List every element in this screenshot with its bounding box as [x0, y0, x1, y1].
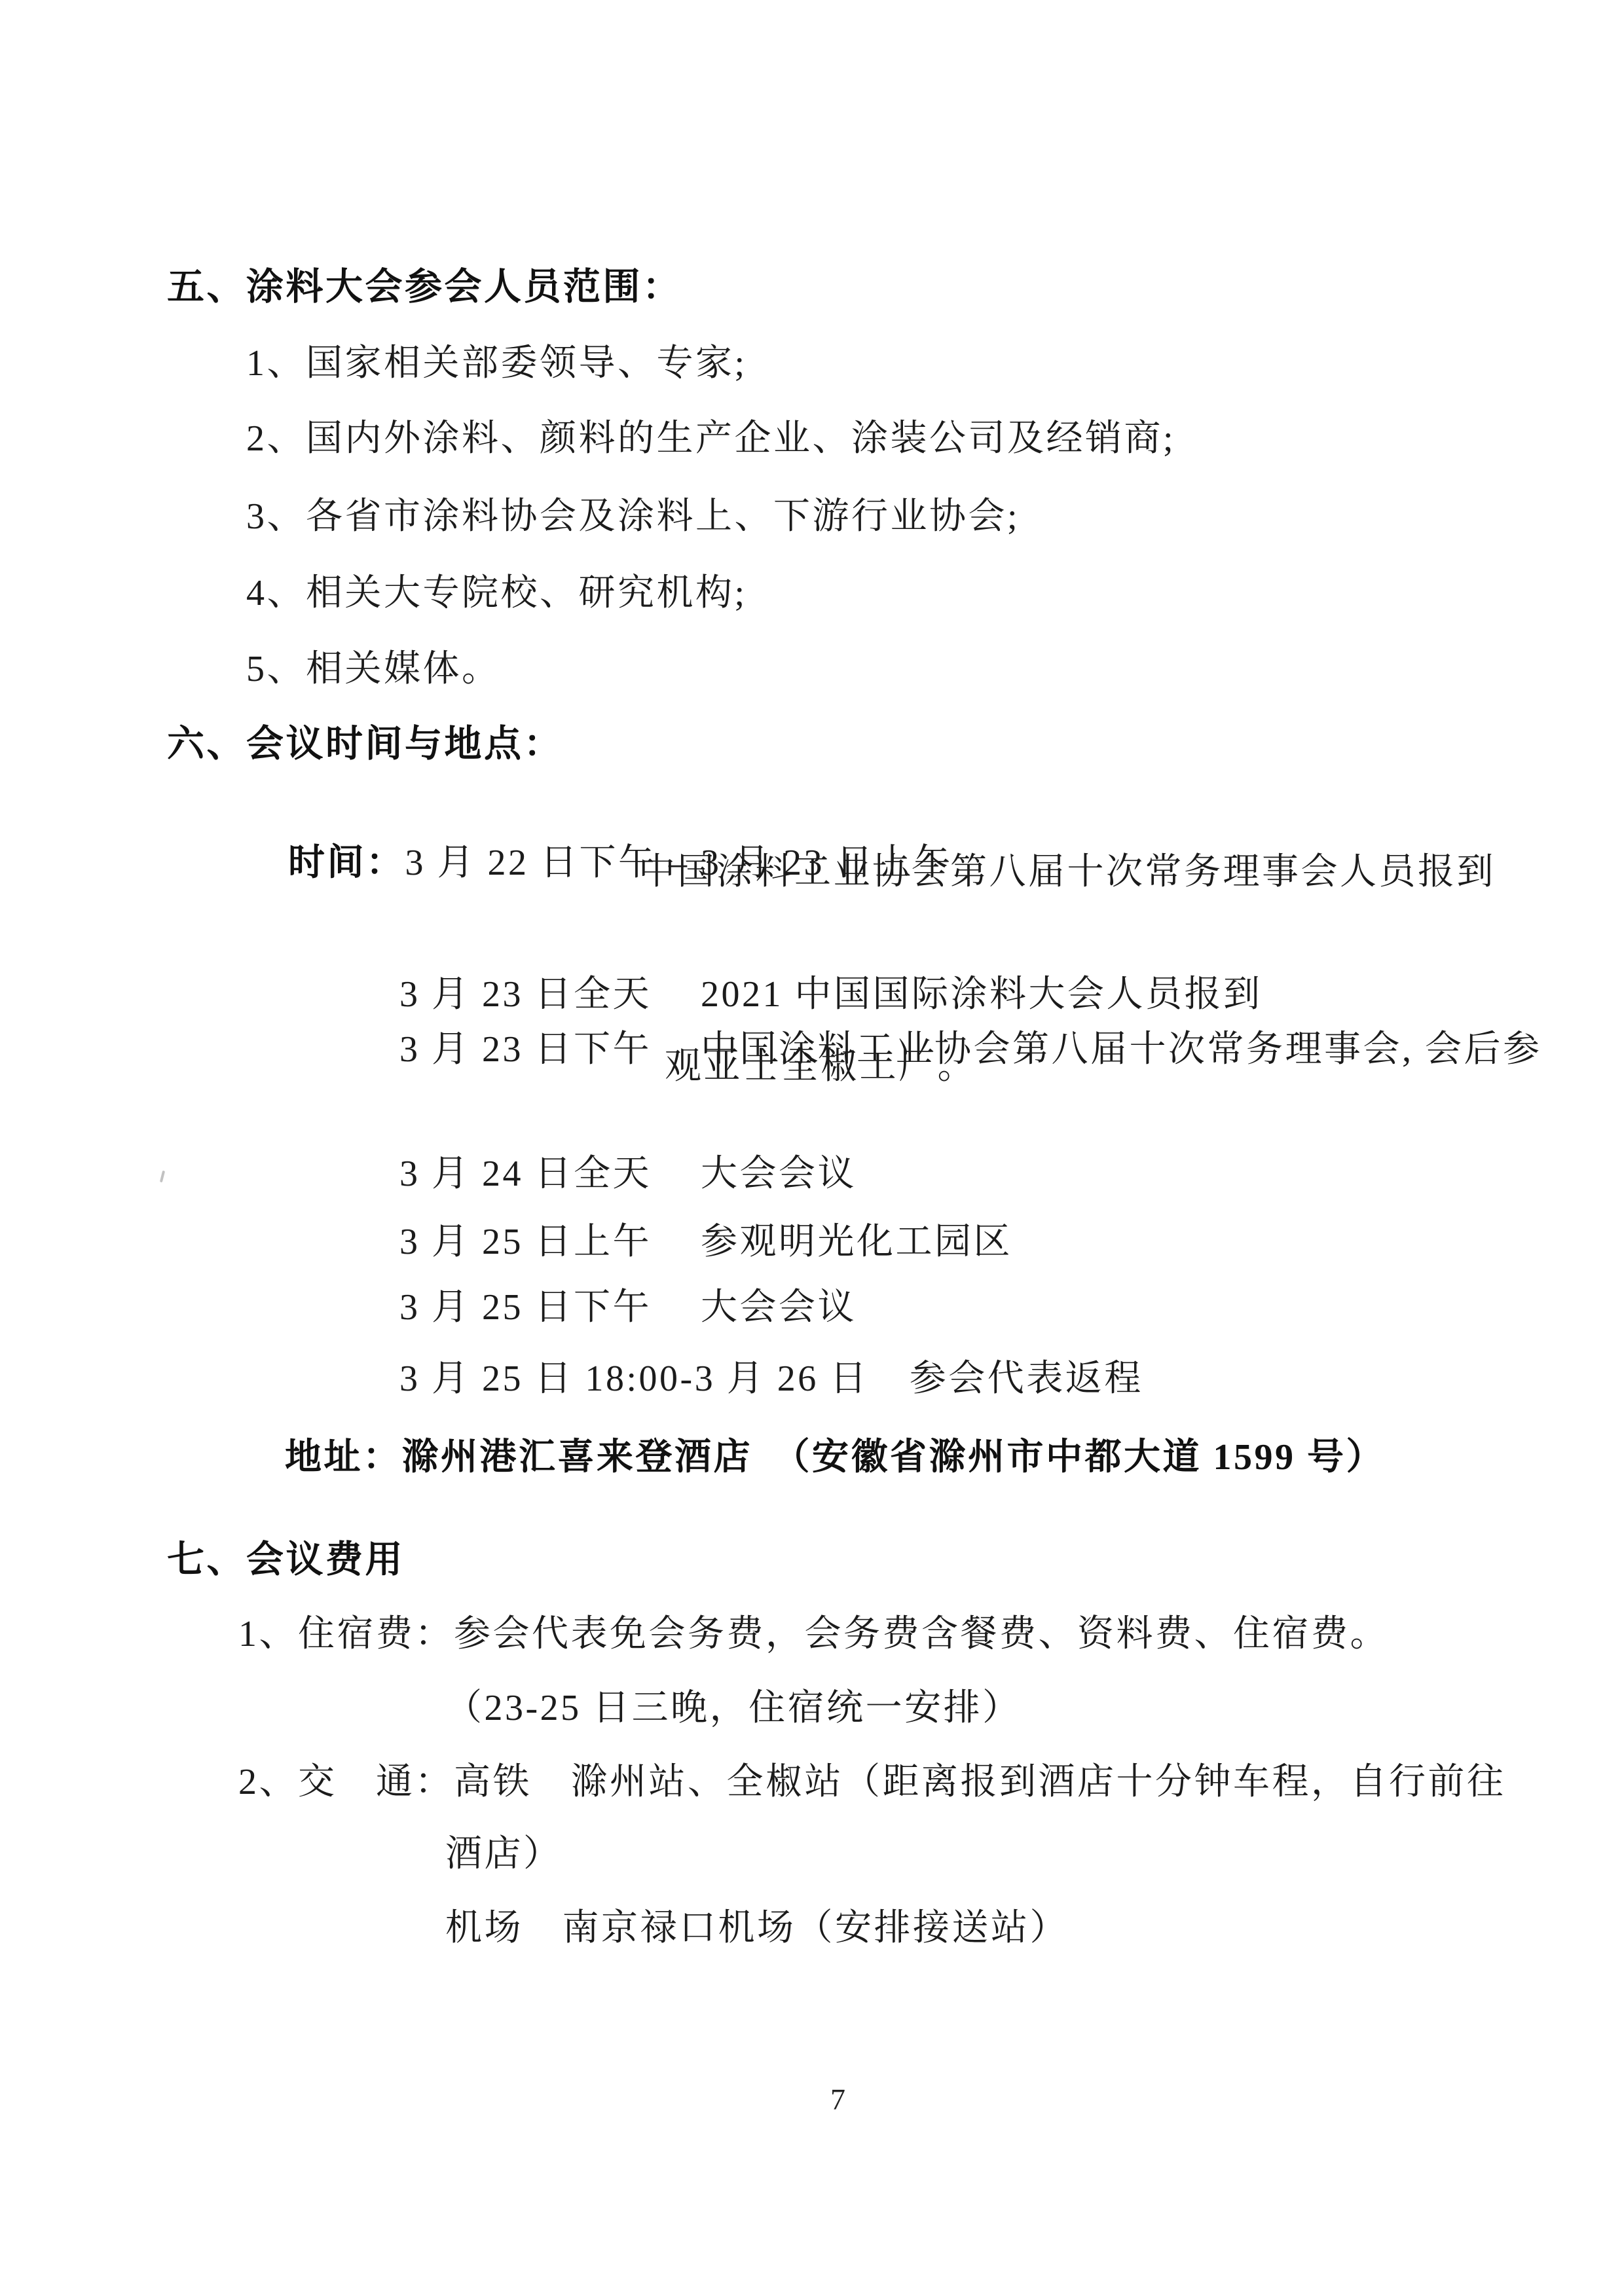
address-value: 滁州港汇喜来登酒店 （安徽省滁州市中都大道 1599 号）: [402, 1437, 1386, 1478]
section5-item-4: 4、相关大专院校、研究机构;: [246, 572, 747, 614]
address-label: 地址：: [285, 1437, 402, 1478]
fee-item-lodging: 1、住宿费：参会代表免会务费，会务费含餐费、资料费、住宿费。: [238, 1613, 1389, 1655]
section5-item-1: 1、国家相关部委领导、专家;: [246, 342, 747, 384]
fee-item-transport-cont: 酒店）: [445, 1833, 563, 1875]
schedule-row: 观亚士全椒工厂。: [665, 1046, 976, 1087]
scan-noise-mark: [160, 1171, 165, 1182]
section7-heading: 七、会议费用: [167, 1539, 405, 1581]
schedule-date: 3 月 23 日下午: [399, 1029, 701, 1070]
fee-item-transport: 2、交 通：高铁 滁州站、全椒站（距离报到酒店十分钟车程，自行前往: [238, 1761, 1506, 1803]
page-number: 7: [830, 2079, 845, 2121]
document-page: 五、涂料大会参会人员范围： 1、国家相关部委领导、专家; 2、国内外涂料、颜料的…: [0, 0, 1624, 2296]
schedule-desc: 参会代表返程: [910, 1358, 1143, 1399]
section5-item-5: 5、相关媒体。: [246, 648, 501, 690]
section6-heading: 六、会议时间与地点：: [167, 723, 563, 765]
fee-item-lodging-note: （23-25 日三晚，住宿统一安排）: [445, 1687, 1022, 1729]
time-label: 时间：: [288, 843, 405, 883]
section5-item-2: 2、国内外涂料、颜料的生产企业、涂装公司及经销商;: [246, 418, 1175, 460]
schedule-row: 中国涂料工业协会第八届十次常务理事会人员报到: [638, 851, 1496, 893]
section5-item-3: 3、各省市涂料协会及涂料上、下游行业协会;: [246, 496, 1020, 538]
section5-heading: 五、涂料大会参会人员范围：: [167, 266, 682, 308]
fee-item-transport-airport: 机场 南京禄口机场（安排接送站）: [445, 1907, 1069, 1949]
schedule-date: 3 月 25 日 18:00-3 月 26 日: [399, 1358, 869, 1400]
address-line: 地址：滁州港汇喜来登酒店 （安徽省滁州市中都大道 1599 号）: [239, 1394, 1385, 1520]
